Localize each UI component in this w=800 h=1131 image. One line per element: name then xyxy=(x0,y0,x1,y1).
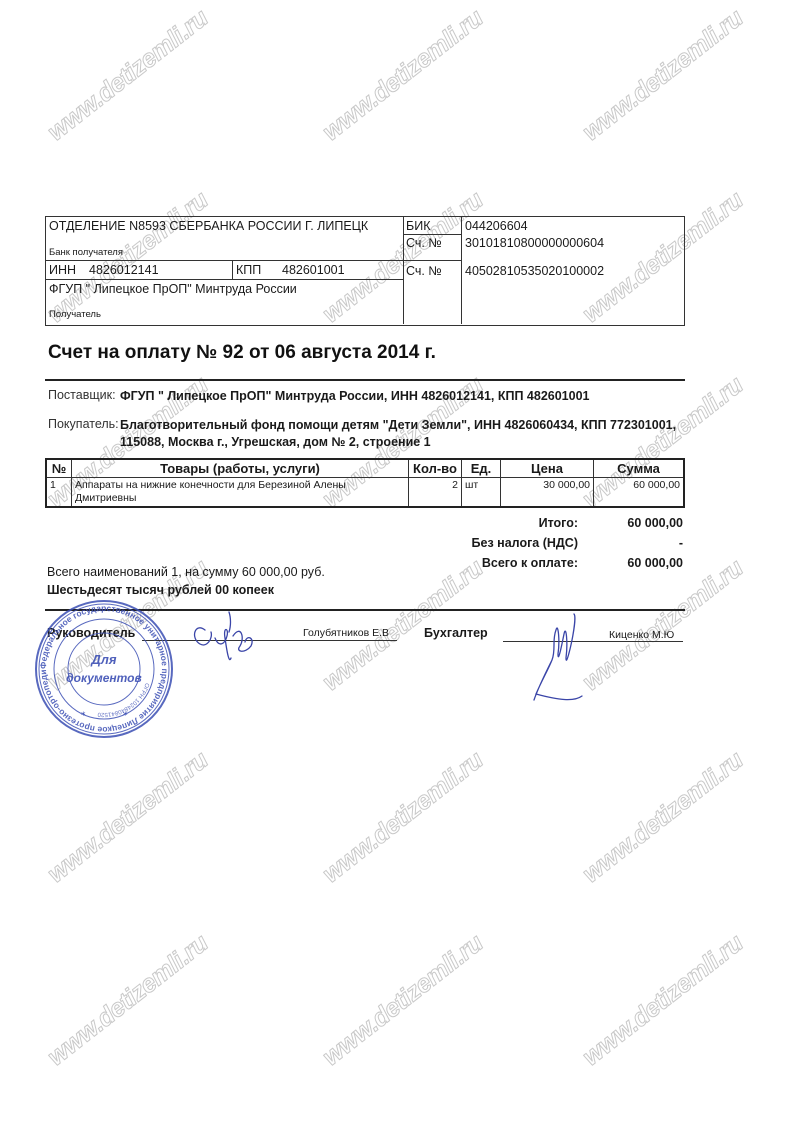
buyer-value: Благотворительный фонд помощи детям "Дет… xyxy=(120,417,680,451)
row-unit: шт xyxy=(462,478,501,508)
inn-label: ИНН xyxy=(49,263,76,277)
stamp-star-icon: * xyxy=(81,711,86,721)
row-sum: 60 000,00 xyxy=(594,478,685,508)
company-stamp: Федеральное государственное унитарное пр… xyxy=(33,598,175,740)
grand-total-row: Всего к оплате: 60 000,00 xyxy=(420,553,683,573)
grand-total-label: Всего к оплате: xyxy=(420,553,578,573)
row-qty: 2 xyxy=(409,478,462,508)
vat-row: Без налога (НДС) - xyxy=(420,533,683,553)
recipient-caption: Получатель xyxy=(49,309,101,320)
total-row: Итого: 60 000,00 xyxy=(420,513,683,533)
director-signature-line xyxy=(142,640,397,641)
invoice-title: Счет на оплату № 92 от 06 августа 2014 г… xyxy=(48,342,436,364)
stamp-center-line2: документов xyxy=(66,671,142,685)
items-count-summary: Всего наименований 1, на сумму 60 000,00… xyxy=(47,565,325,579)
vat-label: Без налога (НДС) xyxy=(420,533,578,553)
account-label: Сч. № xyxy=(406,264,442,278)
total-label: Итого: xyxy=(420,513,578,533)
supplier-row: Поставщик:ФГУП " Липецкое ПрОП" Минтруда… xyxy=(48,388,680,405)
corr-account-value: 30101810800000000604 xyxy=(465,236,604,250)
recipient-name: ФГУП " Липецкое ПрОП" Минтруда России xyxy=(49,282,297,296)
grand-total-value: 60 000,00 xyxy=(578,553,683,573)
accountant-signature xyxy=(528,610,588,705)
row-name: Аппараты на нижние конечности для Берези… xyxy=(72,478,409,508)
items-table: № Товары (работы, услуги) Кол-во Ед. Цен… xyxy=(45,458,685,508)
kpp-label: КПП xyxy=(236,263,261,277)
row-price: 30 000,00 xyxy=(501,478,594,508)
bank-caption: Банк получателя xyxy=(49,247,123,258)
amount-in-words: Шестьдесят тысяч рублей 00 копеек xyxy=(47,583,274,597)
accountant-label: Бухгалтер xyxy=(424,626,488,640)
col-header-goods: Товары (работы, услуги) xyxy=(72,459,409,478)
stamp-star-icon: * xyxy=(123,711,128,721)
supplier-value: ФГУП " Липецкое ПрОП" Минтруда России, И… xyxy=(120,388,680,405)
accountant-name: Киценко М.Ю xyxy=(609,629,674,641)
totals-block: Итого: 60 000,00 Без налога (НДС) - Всег… xyxy=(420,513,683,573)
buyer-label: Покупатель: xyxy=(48,417,120,431)
director-signature xyxy=(185,608,265,668)
vat-value: - xyxy=(578,533,683,553)
director-name: Голубятников Е.В xyxy=(303,627,389,639)
buyer-row: Покупатель:Благотворительный фонд помощи… xyxy=(48,417,680,451)
bank-name: ОТДЕЛЕНИЕ N8593 СБЕРБАНКА РОССИИ Г. ЛИПЕ… xyxy=(49,219,368,233)
col-header-price: Цена xyxy=(501,459,594,478)
bank-details-block: ОТДЕЛЕНИЕ N8593 СБЕРБАНКА РОССИИ Г. ЛИПЕ… xyxy=(45,216,685,326)
supplier-label: Поставщик: xyxy=(48,388,120,402)
table-row: 1 Аппараты на нижние конечности для Бере… xyxy=(46,478,684,508)
col-header-sum: Сумма xyxy=(594,459,685,478)
corr-account-label: Сч. № xyxy=(406,236,442,250)
inn-value: 4826012141 xyxy=(89,263,159,277)
col-header-num: № xyxy=(46,459,72,478)
col-header-qty: Кол-во xyxy=(409,459,462,478)
col-header-unit: Ед. xyxy=(462,459,501,478)
title-divider xyxy=(45,379,685,381)
row-num: 1 xyxy=(46,478,72,508)
kpp-value: 482601001 xyxy=(282,263,345,277)
table-header-row: № Товары (работы, услуги) Кол-во Ед. Цен… xyxy=(46,459,684,478)
account-value: 40502810535020100002 xyxy=(465,264,604,278)
bik-value: 044206604 xyxy=(465,219,528,233)
bik-label: БИК xyxy=(406,219,430,233)
total-value: 60 000,00 xyxy=(578,513,683,533)
stamp-center-line1: Для xyxy=(90,652,116,667)
invoice-document: ОТДЕЛЕНИЕ N8593 СБЕРБАНКА РОССИИ Г. ЛИПЕ… xyxy=(0,0,800,1131)
